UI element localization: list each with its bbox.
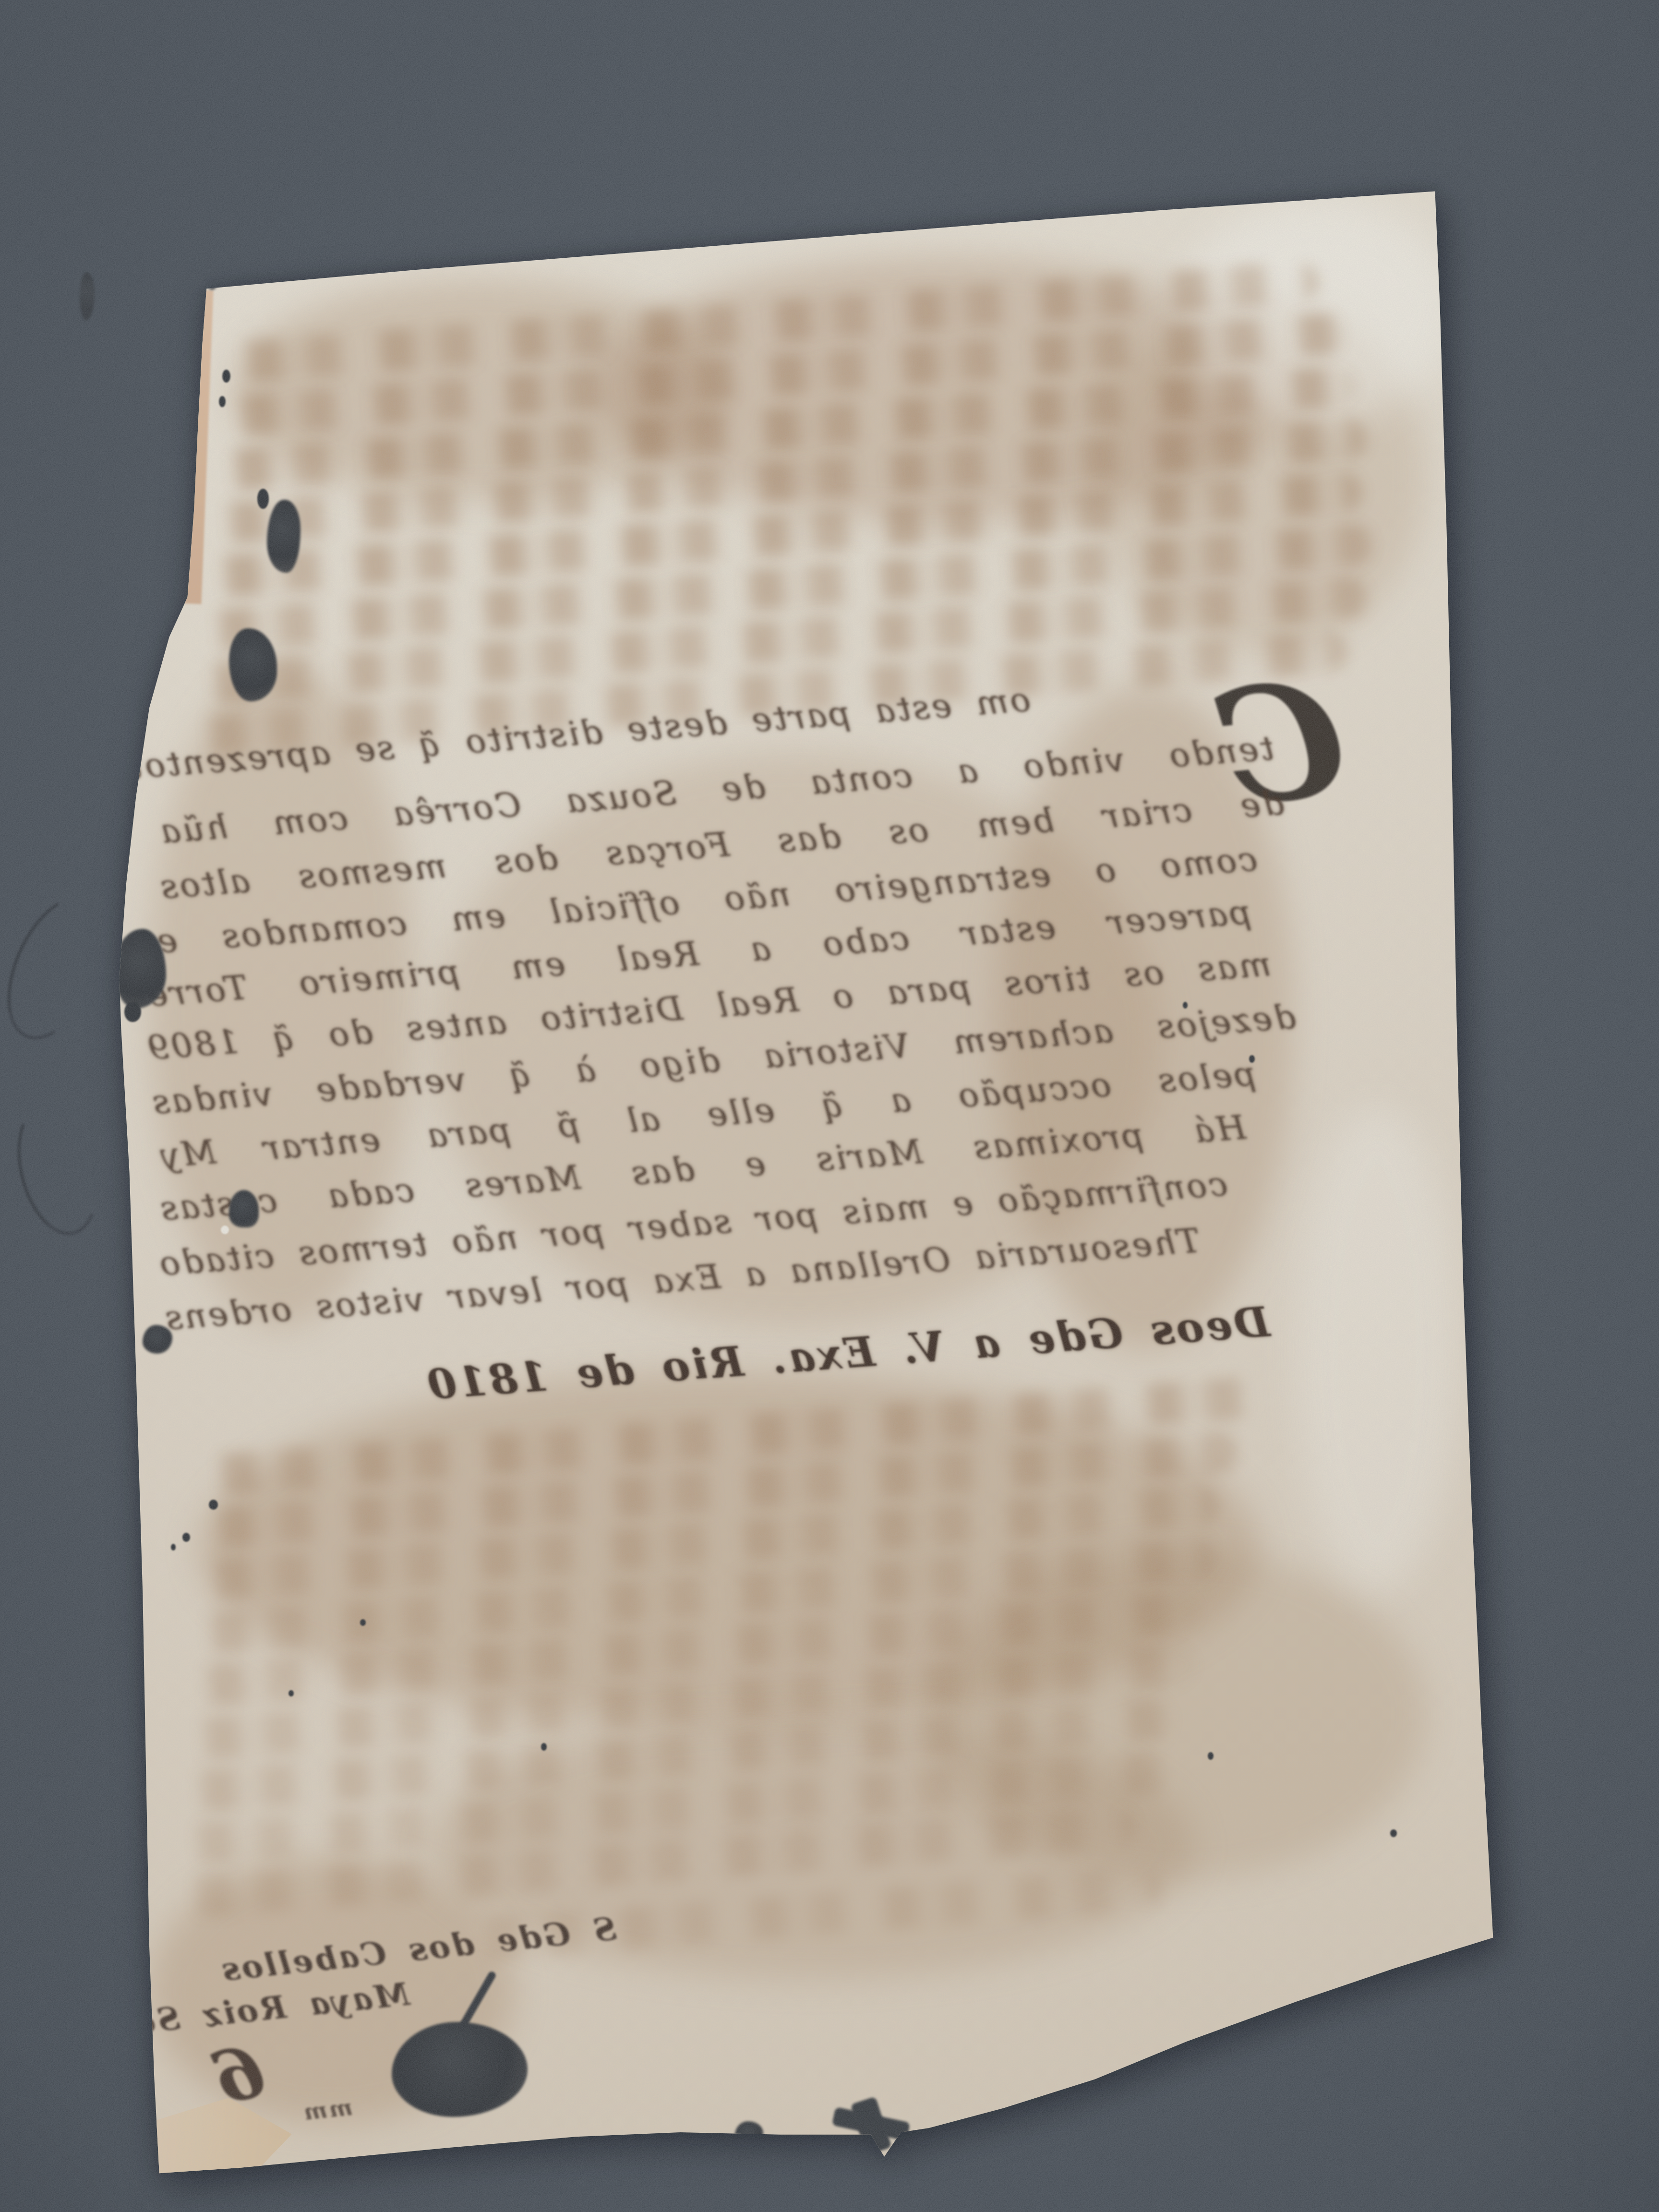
photo-backdrop: Illmo Snr Manoel C om esta parte deste d… bbox=[0, 0, 1659, 2212]
ink-speck bbox=[219, 396, 226, 407]
signature-trailing-marks: mm bbox=[301, 2094, 353, 2126]
ink-blot bbox=[143, 1325, 172, 1354]
ink-speck bbox=[124, 1002, 141, 1022]
ink-blot bbox=[392, 2022, 528, 2117]
ink-blot bbox=[267, 500, 300, 573]
ink-blot bbox=[735, 2121, 763, 2148]
ink-speck bbox=[360, 1619, 366, 1626]
ink-speck bbox=[171, 1544, 176, 1551]
ink-speck bbox=[1390, 1829, 1397, 1837]
ink-blot bbox=[114, 929, 166, 1009]
torn-edge-strip bbox=[184, 289, 213, 604]
ink-speck bbox=[289, 1690, 293, 1697]
ink-speck bbox=[1208, 1752, 1214, 1760]
ink-speck bbox=[541, 1743, 547, 1751]
ink-blot bbox=[229, 1190, 259, 1227]
ink-speck bbox=[257, 489, 269, 508]
page-heading-mirrored: Illmo Snr Manoel bbox=[222, 167, 690, 277]
paper-highlight-speck bbox=[221, 1226, 229, 1234]
ink-blot bbox=[204, 241, 222, 289]
light-paper-patch bbox=[1294, 1106, 1460, 1593]
manuscript-page: Illmo Snr Manoel C om esta parte deste d… bbox=[0, 0, 1659, 2212]
ink-speck bbox=[182, 1533, 190, 1541]
heading-text: Illmo Snr Manoel bbox=[161, 167, 690, 285]
ink-speck bbox=[222, 370, 230, 383]
